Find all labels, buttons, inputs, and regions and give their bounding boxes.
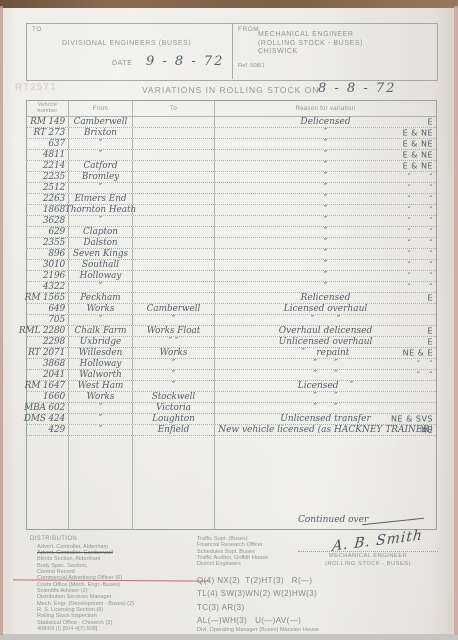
from-cell: ″ [69,183,133,193]
vehicle-number-cell: RM 1647 [27,381,69,391]
from-label: FROM [238,26,259,33]
vehicle-number-cell: 2298 [27,337,69,347]
status-value: ″ ″ [408,228,433,237]
reason-value: Overhaul delicensed [279,326,373,336]
from-value: ″ [99,425,102,435]
vehicle-number: 3868 [43,359,65,369]
from-cell: Uxbridge [69,337,133,347]
to-value: Victoria [156,403,191,413]
to-cell: ″ [133,315,215,325]
reason-value: ″ ″ [314,370,338,380]
from-value: ″ [99,403,102,413]
distribution-column-2: Traffic Supt. (Buses)Financial Research … [197,536,268,568]
vehicle-number: RM 149 [30,117,65,127]
to-cell: Camberwell [133,304,215,314]
to-value: ″ [172,359,175,369]
from-cell: Peckham [69,293,133,303]
reason-value: ″ [324,139,327,149]
table-row: MBA 602″Victoria″ ″ [27,403,436,414]
to-cell [133,249,215,259]
status-value: E [427,338,433,347]
status-value: ″ ″ [408,250,433,259]
signature-title-1: MECHANICAL ENGINEER [298,553,438,559]
empty-cell [133,436,215,529]
ref-number: Ref. 508/1 [238,63,265,69]
garage-code-line: AL(—)WH(3) U(—)AV(—) [197,614,317,627]
from-value: West Ham [78,381,124,391]
reason-value: ″ [324,260,327,270]
vehicle-number-cell: RM 149 [27,117,69,127]
from-value: Camberwell [74,117,128,127]
vehicle-number: 2355 [43,238,65,248]
vehicle-number-cell: RM 1565 [27,293,69,303]
to-value: Camberwell [147,304,201,314]
from-value: Chalk Farm [75,326,127,336]
to-value: Works [160,348,188,358]
status-value: E & NE [403,162,433,171]
vehicle-number-cell: 1868 [27,205,69,215]
to-cell: Enfield [133,425,215,435]
from-value: ″ [99,216,102,226]
table-row: 4322″″″ ″ [27,282,436,293]
from-line-2: (ROLLING STOCK - BUSES) [258,40,363,47]
from-value: Catford [84,161,118,171]
reason-value: Delicensed [300,117,350,127]
to-cell: Loughton [133,414,215,424]
reason-cell: New vehicle licensed (as HACKNEY TRAINER… [215,425,436,435]
reason-value: ″ [324,282,327,292]
to-cell [133,205,215,215]
distribution-item: District Engineers [197,561,268,567]
table-header-row: Vehicle number From To Reason for variat… [27,101,436,117]
vehicle-number: 2041 [43,370,65,380]
vehicle-number: 2512 [43,183,65,193]
column-header-reason: Reason for variation [215,101,436,116]
reason-value: ″ [324,227,327,237]
photo-edge-left [0,6,3,635]
distribution-item: 408/69 (I) [504 4(7) 508] [37,626,134,632]
table-row: RM 149CamberwellDelicensedE [27,117,436,128]
from-value: Southall [82,260,119,270]
reason-cell: ″E & NE [215,150,436,160]
photo-edge-top [0,0,458,8]
vehicle-number-cell: 1660 [27,392,69,402]
vehicle-number-cell: RML 2280 [27,326,69,336]
from-value: Elmers End [74,194,126,204]
table-row: 2298Uxbridge″ ″Unlicensed overhaulE [27,337,436,348]
table-row: 3868Holloway″″ ″″ ″ [27,359,436,370]
vehicle-number-cell: DMS 424 [27,414,69,424]
reason-value: ″ [324,205,327,215]
reason-cell: Overhaul delicensedE [215,326,436,336]
status-value: NE & E [403,349,433,358]
to-value: ″ [172,381,175,391]
from-cell: Seven Kings [69,249,133,259]
table-row: 2263Elmers End″″ ″ [27,194,436,205]
vehicle-number-cell: 2263 [27,194,69,204]
table-row: 3628″″″ ″ [27,216,436,227]
from-cell: West Ham [69,381,133,391]
from-value: ″ [99,150,102,160]
from-cell: Elmers End [69,194,133,204]
signature-title-2: (ROLLING STOCK - BUSES) [298,561,438,567]
to-cell: ″ [133,381,215,391]
reason-cell: ″ ″″ ″ [215,370,436,380]
reason-value: Unlicensed overhaul [279,337,373,347]
column-header-vehicle: Vehicle number [27,101,69,116]
table-row: 705″″″ ″ [27,315,436,326]
ghost-stamp: RT2571 [15,82,57,94]
table-row: RT 2071WillesdenWorks″ repaintNE & E [27,348,436,359]
table-row: 429″EnfieldNew vehicle licensed (as HACK… [27,425,436,436]
photo-edge-right [454,6,458,635]
from-cell: ″ [69,150,133,160]
reason-cell: ″″ ″ [215,271,436,281]
reason-cell: ″″ ″ [215,238,436,248]
from-value: ″ [99,183,102,193]
vehicle-number-cell: 4811 [27,150,69,160]
from-line-3: CHISWICK [258,48,298,55]
to-cell [133,139,215,149]
from-cell: ″ [69,403,133,413]
reason-cell: RelicensedE [215,293,436,303]
from-cell: Bromley [69,172,133,182]
status-value: E & NE [403,151,433,160]
vehicle-number-cell: 3010 [27,260,69,270]
from-cell: ″ [69,315,133,325]
vehicle-number: 705 [48,315,65,325]
table-row: RM 1565PeckhamRelicensedE [27,293,436,304]
from-cell: Walworth [69,370,133,380]
vehicle-number: RM 1565 [25,293,65,303]
distribution-item: Mech. Engr. (Development - Buses) (2) [37,601,134,607]
reason-cell: ″″ ″ [215,227,436,237]
from-value: Peckham [80,293,120,303]
reason-cell: ″ ″ [215,403,436,413]
reason-cell: ″″ ″ [215,260,436,270]
to-cell [133,194,215,204]
footer-bottom-line: Divl. Operating Manager (Buses) Mansion … [197,627,319,633]
status-value: ″ ″ [408,272,433,281]
reason-cell: Unlicensed transferNE & SVS [215,414,436,424]
reason-value: ″ [324,161,327,171]
from-value: Works [87,392,115,402]
reason-cell: ″″ ″ [215,216,436,226]
table-row: 2214Catford″E & NE [27,161,436,172]
distribution-column-1: Advert, Controller, AldenhamAdvert. Cont… [37,544,134,633]
vehicle-number-cell: 2235 [27,172,69,182]
reason-value: Unlicensed transfer [280,414,371,424]
table-row: 3010Southall″″ ″ [27,260,436,271]
vehicle-number-cell: 2214 [27,161,69,171]
reason-value: ″ ″ [314,392,338,402]
table-row: 637″″E & NE [27,139,436,150]
page-title: VARIATIONS IN ROLLING STOCK ON [142,85,319,95]
table-body: RM 149CamberwellDelicensedERT 273Brixton… [27,117,436,436]
from-value: Willesden [79,348,123,358]
vehicle-number: 2214 [43,161,65,171]
from-value: Uxbridge [80,337,122,347]
from-cell: Chalk Farm [69,326,133,336]
from-cell: Holloway [69,271,133,281]
reason-value: ″ [324,150,327,160]
from-value: ″ [99,282,102,292]
reason-value: ″ repaint [302,348,350,358]
status-value: ″ ″ [417,360,433,369]
to-value: Loughton [152,414,195,424]
to-cell [133,172,215,182]
vehicle-number-cell: 637 [27,139,69,149]
reason-value: New vehicle licensed (as HACKNEY TRAINER… [218,425,433,435]
status-value: ″ ″ [408,261,433,270]
vehicle-number-cell: 896 [27,249,69,259]
from-cell: Dalston [69,238,133,248]
garage-code-line: TL(4) SW(3)WN(2) W(2)HW(3) [197,587,317,600]
vehicle-number-cell: 429 [27,425,69,435]
status-value: E [427,327,433,336]
vehicle-number: 629 [48,227,65,237]
from-cell: Catford [69,161,133,171]
to-cell: Stockwell [133,392,215,402]
reason-cell: ″″ ″ [215,205,436,215]
vehicle-number: MBA 602 [24,403,65,413]
date-value-handwritten: 9 - 8 - 72 [146,54,224,69]
vehicle-number-cell: 2512 [27,183,69,193]
variations-table: Vehicle number From To Reason for variat… [26,100,437,530]
status-value: E [427,118,433,127]
table-row: 2041Walworth″″ ″″ ″ [27,370,436,381]
vehicle-number: RM 1647 [25,381,65,391]
vehicle-number: 4322 [43,282,65,292]
from-cell: Willesden [69,348,133,358]
table-row: RML 2280Chalk FarmWorks FloatOverhaul de… [27,326,436,337]
reason-value: ″ ″ [314,403,338,413]
to-value: ″ [172,370,175,380]
from-cell: Southall [69,260,133,270]
vehicle-number: 896 [48,249,65,259]
status-value: NE & SVS [391,415,433,424]
from-cell: ″ [69,425,133,435]
to-cell [133,227,215,237]
reason-cell: Licensed overhaul [215,304,436,314]
status-value: E [427,294,433,303]
vehicle-number: 4811 [43,150,65,160]
reason-cell: ″ ″ [215,315,436,325]
from-value: Holloway [80,359,122,369]
status-value: ″ ″ [408,173,433,182]
status-value: E & NE [403,140,433,149]
from-cell: Brixton [69,128,133,138]
vehicle-number-cell: RT 2071 [27,348,69,358]
vehicle-number: RT 2071 [28,348,65,358]
from-value: Works [87,304,115,314]
to-label: TO [32,26,42,33]
to-cell [133,216,215,226]
vehicle-number-cell: 2041 [27,370,69,380]
table-row: 2196Holloway″″ ″ [27,271,436,282]
vehicle-number-cell: 4322 [27,282,69,292]
reason-value: ″ [324,249,327,259]
to-value: Stockwell [152,392,195,402]
photo-edge-bottom [0,634,458,640]
from-cell: Works [69,304,133,314]
table-row: DMS 424″LoughtonUnlicensed transferNE & … [27,414,436,425]
status-value: ″ ″ [408,206,433,215]
from-cell: Works [69,392,133,402]
table-row: 649WorksCamberwellLicensed overhaul [27,304,436,315]
from-value: Dalston [83,238,117,248]
to-value: Works Float [147,326,201,336]
table-row: 1868Thornton Heath″″ ″ [27,205,436,216]
to-cell [133,238,215,248]
vehicle-number: 2263 [43,194,65,204]
reason-cell: Unlicensed overhaulE [215,337,436,347]
distribution-label: DISTRIBUTION [30,536,77,542]
to-cell: Victoria [133,403,215,413]
reason-cell: ″″ ″ [215,282,436,292]
reason-cell: ″″ ″ [215,194,436,204]
to-cell: Works [133,348,215,358]
vehicle-number-cell: 2196 [27,271,69,281]
to-cell [133,282,215,292]
continued-over-note: Continued over [298,515,368,525]
table-row: 1660WorksStockwell″ ″ [27,392,436,403]
to-cell: ″ [133,359,215,369]
status-value: ″ ″ [408,184,433,193]
from-line-1: MECHANICAL ENGINEER [258,31,354,38]
reason-value: ″ ″ [314,359,338,369]
vehicle-number-cell: 2355 [27,238,69,248]
vehicle-number: RML 2280 [19,326,65,336]
vehicle-number: RT 273 [34,128,65,138]
reason-cell: ″″ ″ [215,249,436,259]
vehicle-number-cell: 3628 [27,216,69,226]
to-value: ″ [172,315,175,325]
to-cell [133,260,215,270]
vehicle-number: 3010 [43,260,65,270]
from-cell: Thornton Heath [69,205,133,215]
vehicle-number: 3628 [43,216,65,226]
from-cell: ″ [69,282,133,292]
from-value: Clapton [83,227,118,237]
vehicle-number: 649 [48,304,65,314]
table-row: 896Seven Kings″″ ″ [27,249,436,260]
garage-code-line: Q(4) NX(2) T(2)HT(3) R(—) [197,574,317,587]
status-value: NE [421,426,433,435]
vehicle-number: 637 [48,139,65,149]
from-cell: Holloway [69,359,133,369]
reason-cell: ″″ ″ [215,172,436,182]
vehicle-number-cell: 629 [27,227,69,237]
reason-value: Relicensed [301,293,351,303]
reason-cell: Licensed ″ [215,381,436,391]
from-value: Bromley [82,172,119,182]
to-cell [133,161,215,171]
vehicle-number-cell: 3868 [27,359,69,369]
from-cell: ″ [69,216,133,226]
reason-value: Licensed ″ [298,381,354,391]
reason-cell: ″ ″″ ″ [215,359,436,369]
to-cell [133,271,215,281]
reason-value: Licensed overhaul [284,304,368,314]
page-title-date-handwritten: 8 - 8 - 72 [318,81,396,96]
distribution-item: Costs Office (Mech. Engr.-Buses) [37,582,134,588]
to-cell: ″ ″ [133,337,215,347]
from-value: ″ [99,139,102,149]
to-cell [133,183,215,193]
from-value: ″ [99,414,102,424]
status-value: ″ ″ [408,195,433,204]
distribution-item: Financial Research Officer [197,542,268,548]
to-value: Enfield [158,425,190,435]
to-cell: ″ [133,370,215,380]
from-cell: ″ [69,414,133,424]
from-cell: Clapton [69,227,133,237]
reason-cell: ″ repaintNE & E [215,348,436,358]
table-row: 2355Dalston″″ ″ [27,238,436,249]
from-value: Seven Kings [73,249,128,259]
reason-value: ″ [324,183,327,193]
table-row: RT 273Brixton″E & NE [27,128,436,139]
reason-value: ″ [324,128,327,138]
reason-cell: ″″ ″ [215,183,436,193]
to-value: DIVISIONAL ENGINEERS (BUSES) [62,40,191,47]
vehicle-number: 2298 [43,337,65,347]
to-cell [133,117,215,127]
vehicle-number: 1868 [43,205,65,215]
vehicle-number-cell: RT 273 [27,128,69,138]
vehicle-number: 1660 [43,392,65,402]
status-value: ″ ″ [408,217,433,226]
memo-header-divider [232,23,233,79]
table-row: 2235Bromley″″ ″ [27,172,436,183]
empty-cell [69,436,133,529]
to-cell: Works Float [133,326,215,336]
table-row: RM 1647West Ham″Licensed ″ [27,381,436,392]
table-row: 2512″″″ ″ [27,183,436,194]
reason-cell: ″E & NE [215,128,436,138]
from-value: Walworth [79,370,122,380]
reason-cell: ″ ″ [215,392,436,402]
reason-value: ″ [324,238,327,248]
status-value: ″ ″ [408,283,433,292]
from-value: Brixton [84,128,117,138]
from-value: Holloway [80,271,122,281]
to-cell [133,150,215,160]
vehicle-number: 2196 [43,271,65,281]
vehicle-number: DMS 424 [24,414,65,424]
garage-codes-block: Q(4) NX(2) T(2)HT(3) R(—)TL(4) SW(3)WN(2… [197,574,317,628]
empty-cell [27,436,69,529]
column-header-to: To [133,101,215,116]
vehicle-number: 429 [48,425,65,435]
vehicle-number-cell: 705 [27,315,69,325]
to-cell [133,293,215,303]
table-continued-row [27,436,436,529]
reason-value: ″ [324,216,327,226]
vehicle-number: 2235 [43,172,65,182]
reason-value: ″ [324,271,327,281]
to-cell [133,128,215,138]
from-value: ″ [99,315,102,325]
reason-value: ″ ″ [311,315,341,325]
vehicle-number-cell: 649 [27,304,69,314]
status-value: ″ ″ [408,239,433,248]
to-value: ″ ″ [169,337,178,347]
reason-cell: DelicensedE [215,117,436,127]
status-value: E & NE [403,129,433,138]
reason-cell: ″E & NE [215,161,436,171]
